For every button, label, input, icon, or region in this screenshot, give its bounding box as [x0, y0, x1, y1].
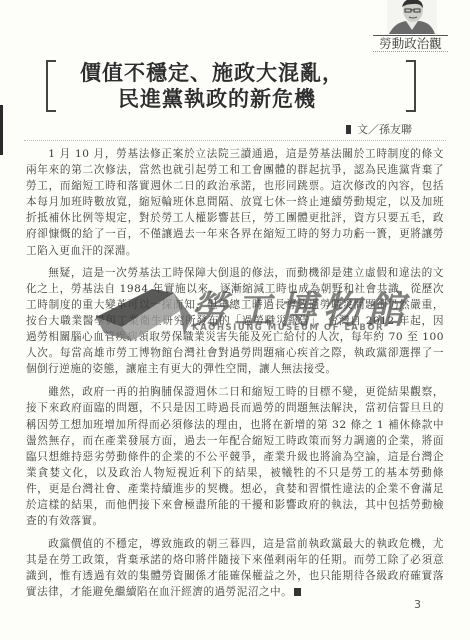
column-header: 勞動政治觀: [373, 0, 448, 52]
article-body: 1 月 10 月，勞基法修正案於立法院三讀通過，這是勞基法關於工時制度的條文兩年…: [26, 146, 444, 605]
byline-marker-icon: [346, 125, 351, 134]
scan-page-edge: [0, 105, 3, 155]
article-title-line-1: 價值不穩定、施政大混亂，: [80, 61, 344, 85]
paragraph: 1 月 10 月，勞基法修正案於立法院三讀通過，這是勞基法關於工時制度的條文兩年…: [26, 146, 444, 259]
article-title-block: 價值不穩定、施政大混亂， 民進黨執政的新危機: [46, 60, 416, 112]
title-bracket-left: [46, 60, 56, 112]
byline-author: 文／孫友聯: [357, 123, 412, 136]
dotted-divider: [24, 140, 446, 141]
title-bracket-right: [406, 60, 416, 112]
author-portrait: [387, 0, 437, 34]
paragraph: 雖然，政府一再的拍胸脯保證週休二日和縮短工時的目標不變，更從結果觀察，接下來政府…: [26, 384, 444, 529]
paragraph-text: 政黨價值的不穩定，導致施政的朝三暮四，這是當前執政黨最大的執政危機，尤其是在勞工…: [26, 538, 444, 598]
article-title-line-2: 民進黨執政的新危機: [118, 87, 316, 111]
column-label: 勞動政治觀: [373, 35, 448, 51]
paragraph: 政黨價值的不穩定，導致施政的朝三暮四，這是當前執政黨最大的執政危機，尤其是在勞工…: [26, 536, 444, 600]
end-mark-icon: [294, 588, 301, 596]
page-number: 3: [414, 598, 421, 611]
column-label-underline: [373, 51, 448, 53]
byline: 文／孫友聯: [346, 123, 412, 137]
paragraph: 無疑，這是一次勞基法工時保障大倒退的修法，而動機卻是建立虛假和違法的文化之上，勞…: [26, 265, 444, 378]
